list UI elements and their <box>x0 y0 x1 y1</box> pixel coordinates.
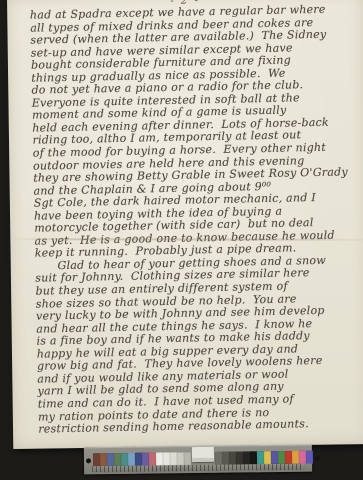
letter-body: had at Spadra except we have a regular b… <box>30 3 363 436</box>
calibration-label-tag <box>192 446 214 461</box>
color-patches-right <box>257 450 313 464</box>
color-calibration-bar <box>84 445 312 475</box>
registration-dot-right <box>315 456 320 461</box>
gray-ramp-light <box>156 452 191 465</box>
color-patches-left <box>93 452 156 466</box>
color-patch <box>184 452 191 465</box>
calibration-ruler <box>92 464 304 473</box>
gray-ramp-dark <box>215 451 257 465</box>
color-patch <box>306 450 313 463</box>
scan-background: - 2 - had at Spadra except we have a reg… <box>0 0 363 480</box>
registration-dot-left <box>86 458 91 463</box>
letter-page: - 2 - had at Spadra except we have a reg… <box>7 0 363 449</box>
